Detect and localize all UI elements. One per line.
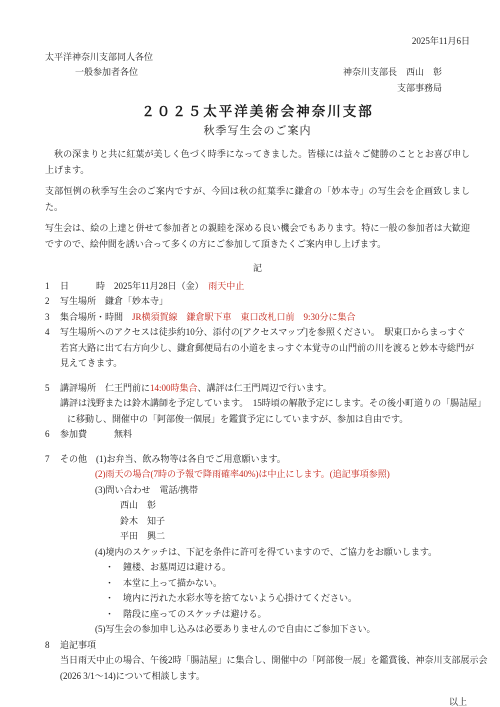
item-7-sub-4-permission: (4)境内のスケッチは、下記を条件に許可を得ていますので、ご協力をお願いします。 (45, 545, 470, 561)
item-6-number: 6 (45, 427, 60, 443)
item-2-value: 鎌倉「妙本寺」 (105, 296, 168, 306)
item-4-access-line-3: 見えてきます。 (45, 356, 470, 372)
item-3-number: 3 (45, 310, 60, 326)
spacer (45, 443, 470, 452)
item-1-datetime: 1日 時 2025年11月28日（金） 雨天中止 (45, 279, 470, 295)
item-7-sub-2-rain-cancel: (2)雨天の場合(7時の予報で降雨確率40%)は中止にします。(追記事項参照) (45, 467, 470, 483)
item-7-sub-1: (1)お弁当、飲み物等は各自でご用意願います。 (96, 454, 286, 464)
sender-office: 支部事務局 (397, 81, 470, 97)
item-7-sub-3-contact: (3)問い合わせ 電話/携帯 (45, 483, 470, 499)
item-5-text-pre: 講評場所 仁王門前に (60, 383, 150, 393)
item-3-label: 集合場所・時間 (60, 312, 132, 322)
item-1-label: 日 時 (60, 281, 114, 291)
contact-name-2: 鈴木 知子 (45, 514, 470, 530)
item-2-label: 写生場所 (60, 296, 105, 306)
item-6-label: 参加費 (60, 429, 114, 439)
item-4-access-line-1: 4写生場所へのアクセスは徒歩約10分、添付の[アクセスマップ]を参照ください。 … (45, 325, 470, 341)
item-4-number: 4 (45, 325, 60, 341)
recipient-secondary: 一般参加者各位 (45, 65, 138, 81)
item-5-critique-line-3: に移動し、開催中の「阿部俊一個展」を鑑賞予定にしていますが、参加は自由です。 (45, 412, 470, 428)
recipient-primary: 太平洋神奈川支部同人各位 (45, 50, 153, 66)
item-4-text-1: 写生場所へのアクセスは徒歩約10分、添付の[アクセスマップ]を参照ください。 駅… (60, 327, 465, 337)
item-2-location: 2写生場所 鎌倉「妙本寺」 (45, 294, 470, 310)
item-7-label: その他 (60, 454, 96, 464)
spacer (45, 372, 470, 381)
item-8-number: 8 (45, 638, 60, 654)
item-6-fee: 6参加費 無料 (45, 427, 470, 443)
contact-name-3: 平田 興二 (45, 529, 470, 545)
item-5-critique-line-2: 講評は浅野または鈴木講師を予定しています。 15時頃の解散予定にします。その後小… (45, 396, 470, 412)
item-5-time-highlight: 14:00時集合 (150, 383, 198, 393)
sender-chief: 神奈川支部長 西山 彰 (343, 65, 470, 81)
sketch-rule-2: ・ 本堂に上って描かない。 (45, 576, 470, 592)
document-title: ２０２５太平洋美術会神奈川支部 (45, 102, 470, 122)
item-8-label: 追記事項 (60, 640, 96, 650)
document-subtitle: 秋季写生会のご案内 (45, 122, 470, 141)
sender-row-2: 支部事務局 (45, 81, 470, 97)
sketch-rule-4: ・ 階段に座ってのスケッチは避ける。 (45, 607, 470, 623)
item-5-number: 5 (45, 381, 60, 397)
item-5-text-post: 、講評は仁王門周辺で行います。 (198, 383, 332, 393)
recipient-row-1: 太平洋神奈川支部同人各位 (45, 50, 470, 66)
item-5-critique-line-1: 5講評場所 仁王門前に14:00時集合、講評は仁王門周辺で行います。 (45, 381, 470, 397)
item-1-value: 2025年11月28日（金） (114, 281, 208, 291)
item-8-addendum-heading: 8追記事項 (45, 638, 470, 654)
item-4-access-line-2: 若宮大路に出て右方向少し、鎌倉郵便局右の小道をまっすぐ本覚寺の山門前の川を渡ると… (45, 341, 470, 357)
item-7-number: 7 (45, 452, 60, 468)
record-mark: 記 (45, 261, 470, 277)
issue-date: 2025年11月6日 (45, 34, 470, 50)
item-6-value: 無料 (114, 429, 132, 439)
sketch-rule-3: ・ 境内に汚れた水彩水等を捨てないよう心掛けてください。 (45, 591, 470, 607)
item-8-addendum-line-2: 当日雨天中止の場合、午後2時「腸詰屋」に集合し、開催中の「阿部俊一展」を鑑賞後、… (45, 653, 470, 669)
item-8-addendum-line-3: (2026 3/1～14)について相談します。 (45, 669, 470, 685)
item-7-sub-5-no-signup: (5)写生会の参加申し込みは必要ありませんので自由にご参加下さい。 (45, 622, 470, 638)
intro-paragraph-1: 秋の深まりと共に紅葉が美しく色づく時季になってきました。皆様には益々ご健勝のこと… (45, 147, 470, 178)
document-page: 2025年11月6日 太平洋神奈川支部同人各位 一般参加者各位 神奈川支部長 西… (0, 0, 500, 707)
item-3-meeting: 3集合場所・時間 JR横須賀線 鎌倉駅下車 東口改札口前 9:30分に集合 (45, 310, 470, 326)
item-1-number: 1 (45, 279, 60, 295)
contact-name-1: 西山 彰 (45, 498, 470, 514)
item-3-meeting-details: JR横須賀線 鎌倉駅下車 東口改札口前 9:30分に集合 (132, 312, 356, 322)
item-2-number: 2 (45, 294, 60, 310)
item-7-others-line-1: 7その他 (1)お弁当、飲み物等は各自でご用意願います。 (45, 452, 470, 468)
intro-paragraph-2: 支部恒例の秋季写生会のご案内ですが、今回は秋の紅葉季に鎌倉の「妙本寺」の写生会を… (45, 184, 470, 215)
recipient-sender-row: 一般参加者各位 神奈川支部長 西山 彰 (45, 65, 470, 81)
item-1-rain-cancel-note: 雨天中止 (208, 281, 244, 291)
intro-paragraph-3: 写生会は、絵の上達と併せて参加者との親睦を深める良い機会でもあります。特に一般の… (45, 221, 470, 252)
sketch-rule-1: ・ 鐘楼、お墓周辺は避ける。 (45, 560, 470, 576)
closing-mark: 以上 (45, 695, 470, 707)
